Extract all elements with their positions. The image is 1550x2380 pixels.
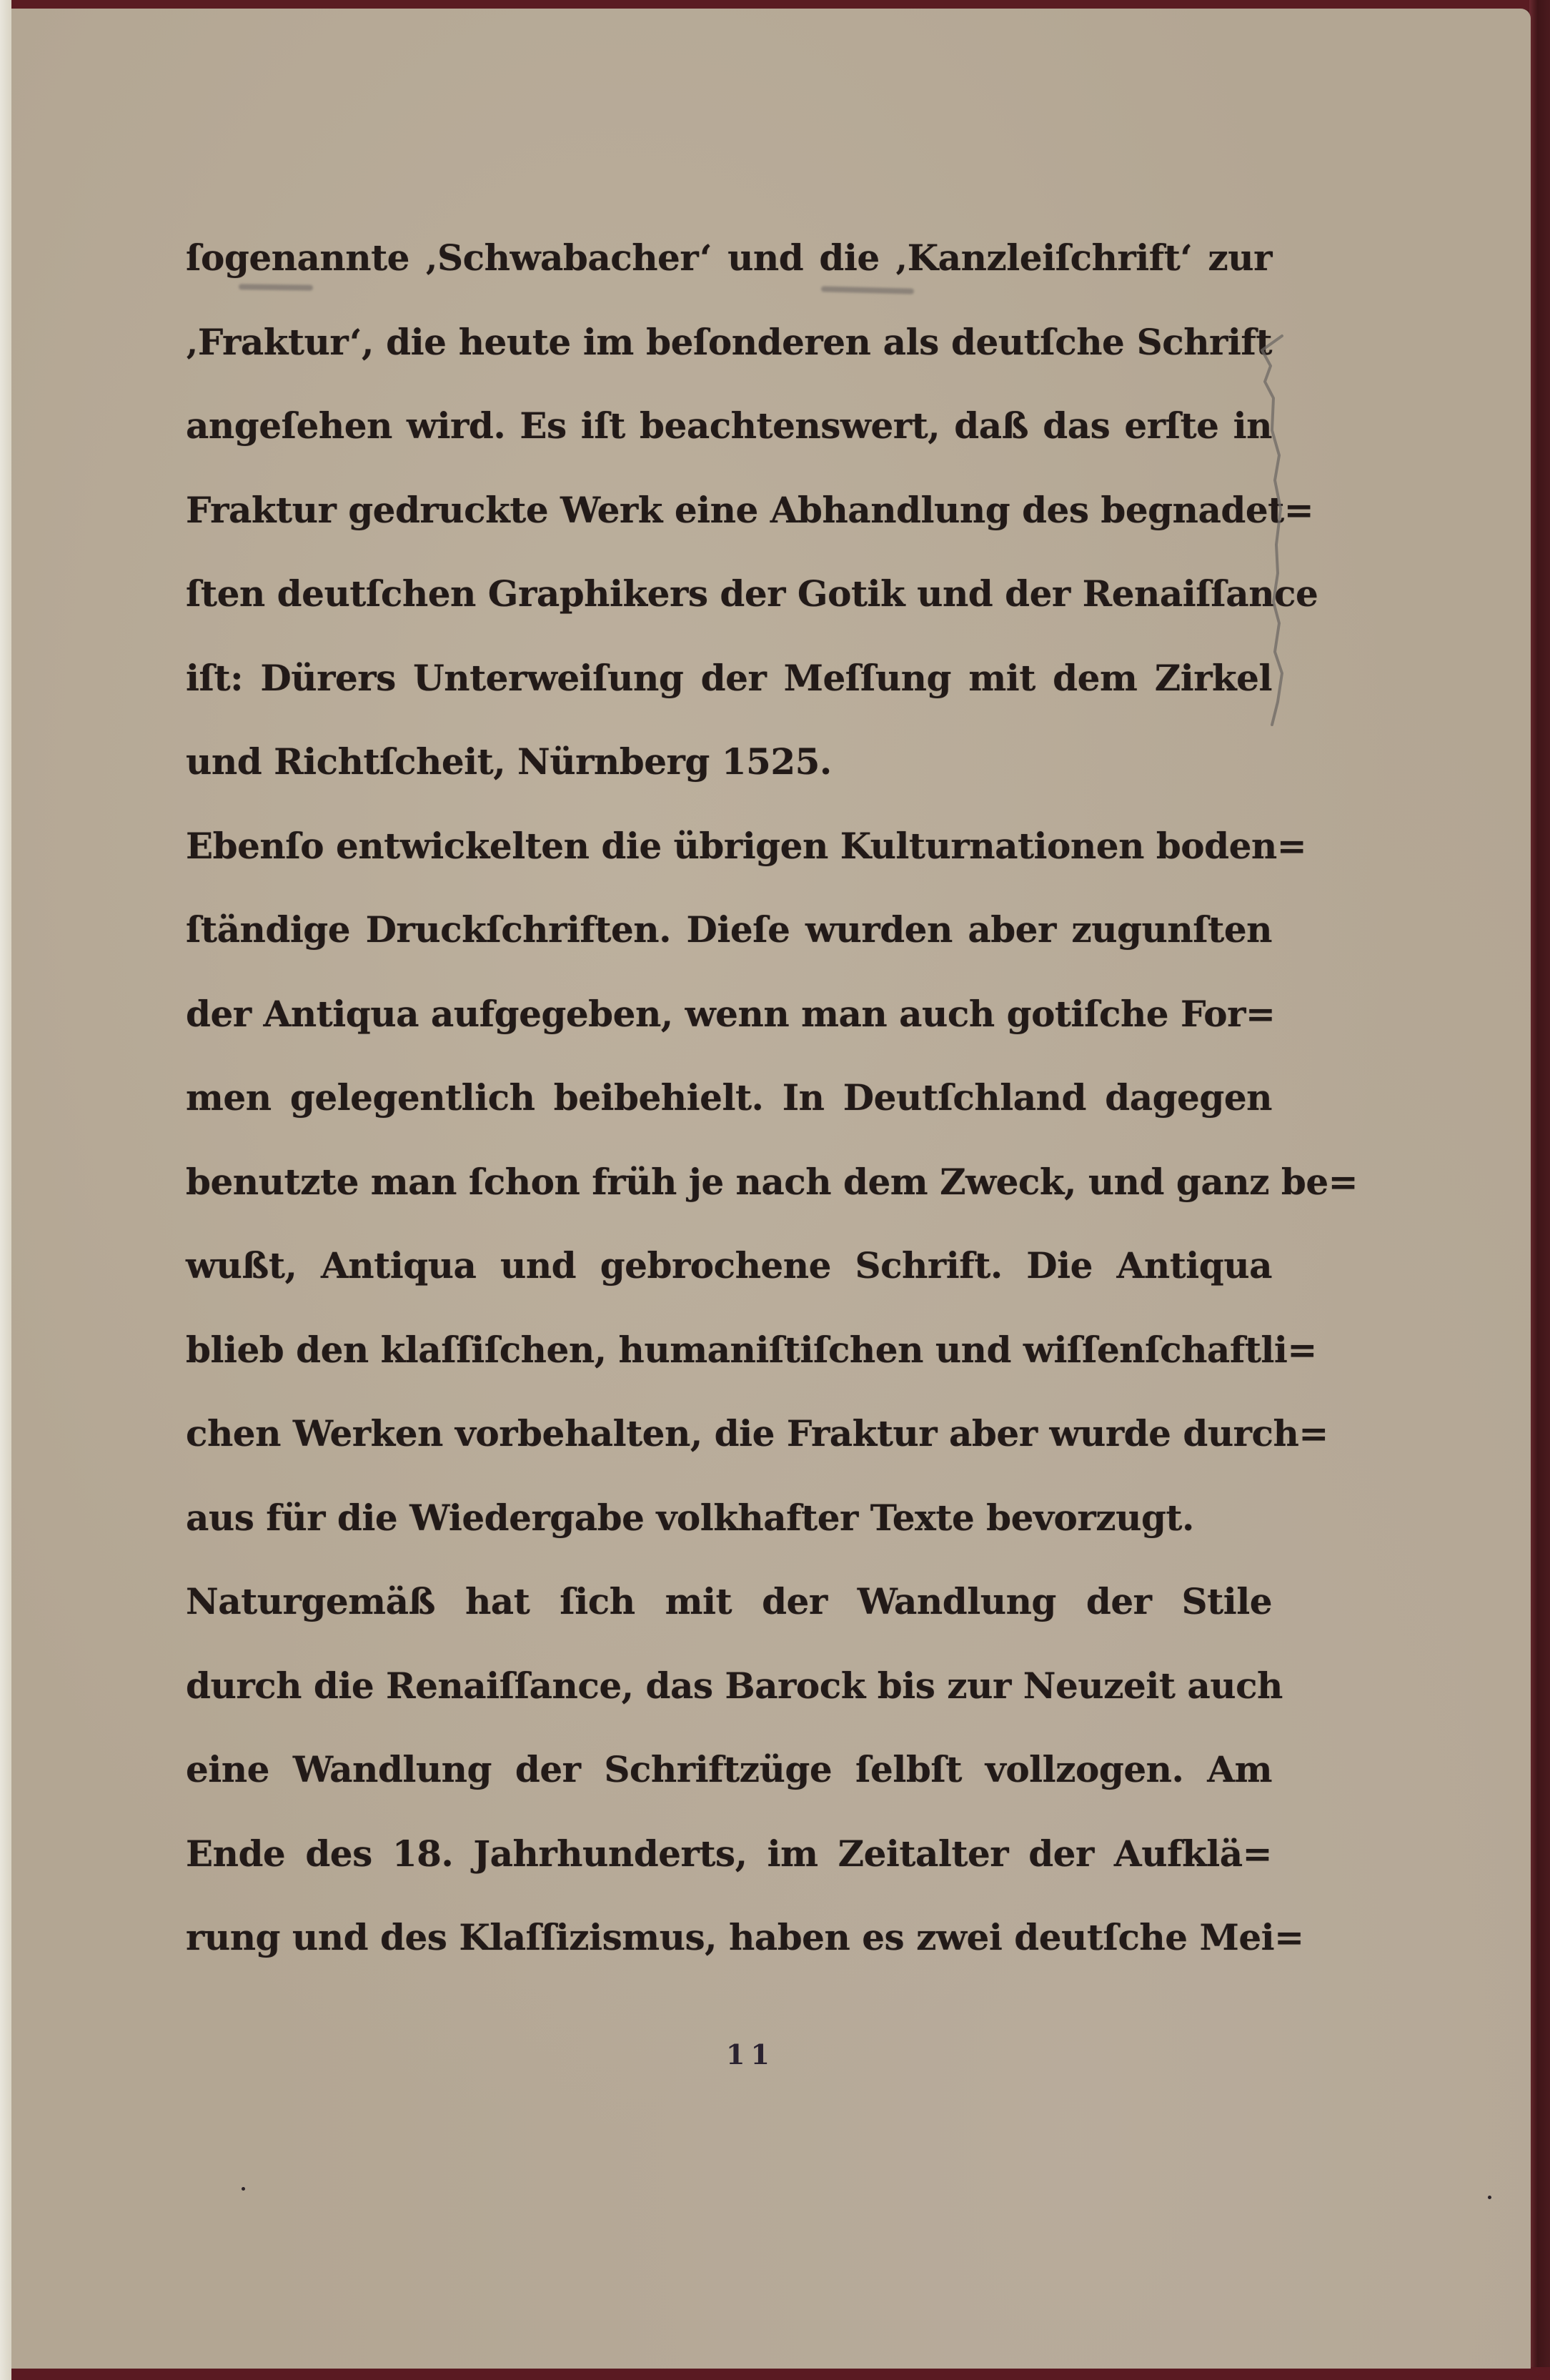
- text-line: ſten deutſchen Graphikers der Gotik und …: [186, 552, 1272, 636]
- text-line: chen Werken vorbehalten, die Fraktur abe…: [186, 1392, 1272, 1476]
- text-line: ‚Fraktur‘, die heute im beſonderen als d…: [186, 300, 1272, 385]
- paper-speck: [242, 2187, 245, 2191]
- text-line: iſt: Dürers Unterweiſung der Meſſung mit…: [186, 636, 1272, 720]
- text-line: Ende des 18. Jahrhunderts, im Zeitalter …: [186, 1812, 1272, 1896]
- text-line: men gelegentlich beibehielt. In Deutſchl…: [186, 1056, 1272, 1140]
- text-line: der Antiqua aufgegeben, wenn man auch go…: [186, 972, 1272, 1056]
- text-line: durch die Renaiſſance, das Barock bis zu…: [186, 1644, 1272, 1728]
- text-line-paragraph-end: aus für die Wiedergabe volkhafter Texte …: [186, 1476, 1272, 1560]
- text-line: Fraktur gedruckte Werk eine Abhandlung d…: [186, 468, 1272, 552]
- page-number: 11: [726, 2038, 769, 2071]
- book-cover-bottom: [11, 2367, 1550, 2380]
- text-line: Ebenſo entwickelten die übrigen Kulturna…: [186, 804, 1272, 888]
- text-line: benutzte man ſchon früh je nach dem Zwec…: [186, 1140, 1272, 1224]
- text-line: angeſehen wird. Es iſt beachtenswert, da…: [186, 384, 1272, 468]
- book-cover-right: [1529, 0, 1550, 2380]
- paper-speck: [1488, 2196, 1491, 2199]
- text-line: wußt, Antiqua und gebrochene Schrift. Di…: [186, 1224, 1272, 1308]
- text-line: blieb den klaſſiſchen, humaniſtiſchen un…: [186, 1308, 1272, 1392]
- text-line: ſtändige Druckſchriften. Dieſe wurden ab…: [186, 888, 1272, 972]
- text-line-paragraph-end: und Richtſcheit, Nürnberg 1525.: [186, 720, 1272, 804]
- text-line: ſogenannte ‚Schwabacher‘ und die ‚Kanzle…: [186, 216, 1272, 300]
- pencil-margin-mark: [1255, 330, 1312, 730]
- pencil-underline-schwabacher: [239, 284, 313, 290]
- adjacent-page-edge: [0, 0, 11, 2380]
- text-line: eine Wandlung der Schriftzüge ſelbſt vol…: [186, 1727, 1272, 1812]
- text-line: Naturgemäß hat ſich mit der Wandlung der…: [186, 1560, 1272, 1644]
- book-page: ſogenannte ‚Schwabacher‘ und die ‚Kanzle…: [11, 9, 1531, 2369]
- body-text: ſogenannte ‚Schwabacher‘ und die ‚Kanzle…: [186, 216, 1272, 1980]
- text-line: rung und des Klaſſizismus, haben es zwei…: [186, 1895, 1272, 1980]
